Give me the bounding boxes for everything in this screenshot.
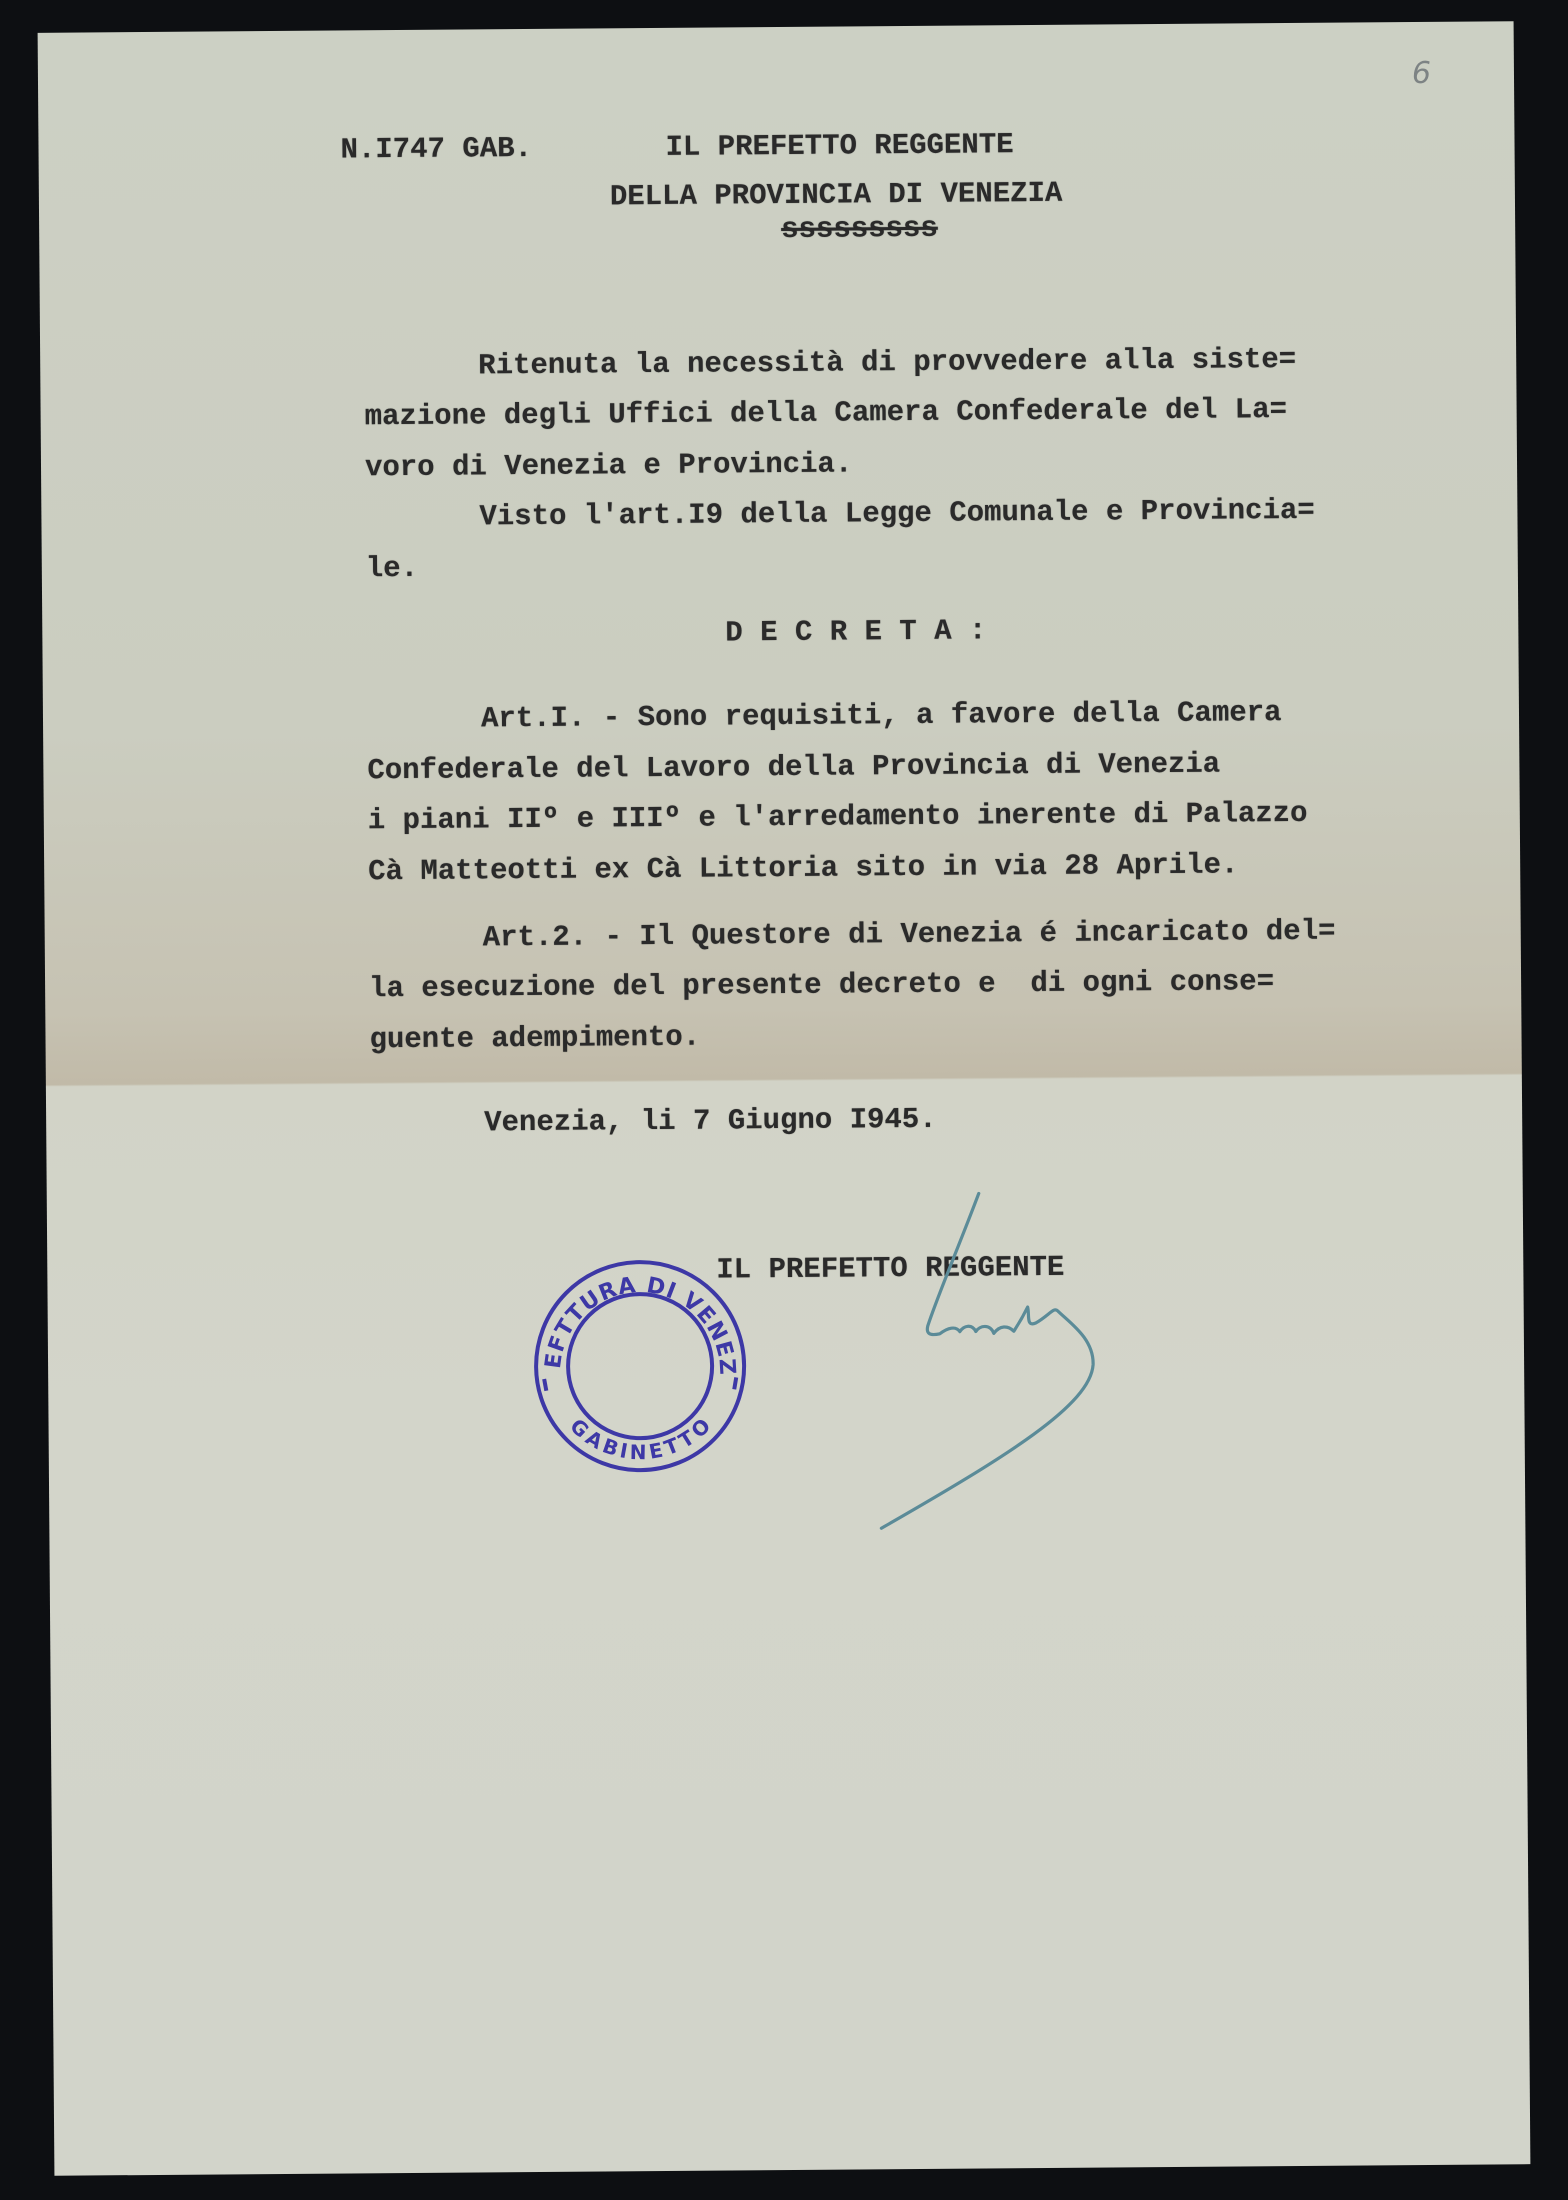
- body-line-3: voro di Venezia e Provincia.: [365, 447, 853, 485]
- body-line-1: Ritenuta la necessità di provvedere alla…: [478, 343, 1296, 383]
- official-stamp-icon: PREFTTURA DI VENEZIA GABINETTO: [529, 1255, 751, 1477]
- article1-line-1: Art.I. - Sono requisiti, a favore della …: [481, 696, 1282, 736]
- header-title: IL PREFETTO REGGENTE: [665, 128, 1013, 165]
- article1-line-2: Confederale del Lavoro della Provincia d…: [367, 748, 1220, 789]
- svg-text:PREFTTURA DI VENEZIA: PREFTTURA DI VENEZIA: [529, 1255, 739, 1378]
- protocol-number: N.I747 GAB.: [340, 132, 532, 168]
- body-line-2: mazione degli Uffici della Camera Confed…: [365, 393, 1288, 434]
- page-number-annotation: 6: [1412, 56, 1431, 91]
- body-line-5: le.: [366, 552, 418, 586]
- article2-line-2: la esecuzione del presente decreto e di …: [369, 965, 1274, 1006]
- header-subtitle: DELLA PROVINCIA DI VENEZIA: [610, 177, 1063, 215]
- article2-line-1: Art.2. - Il Questore di Venezia é incari…: [483, 915, 1336, 956]
- date-line: Venezia, li 7 Giugno I945.: [484, 1103, 937, 1141]
- article1-line-3: i piani IIº e IIIº e l'arredamento inere…: [368, 797, 1308, 838]
- article1-line-4: Cà Matteotti ex Cà Littoria sito in via …: [368, 848, 1238, 889]
- signature: [867, 1174, 1170, 1536]
- article2-line-3: guente adempimento.: [369, 1021, 700, 1058]
- decreta-heading: D E C R E T A :: [725, 614, 986, 650]
- document-page: 6 N.I747 GAB. IL PREFETTO REGGENTE DELLA…: [38, 21, 1531, 2176]
- header-rule: sssssssss: [781, 212, 938, 247]
- body-line-4: Visto l'art.I9 della Legge Comunale e Pr…: [479, 494, 1315, 535]
